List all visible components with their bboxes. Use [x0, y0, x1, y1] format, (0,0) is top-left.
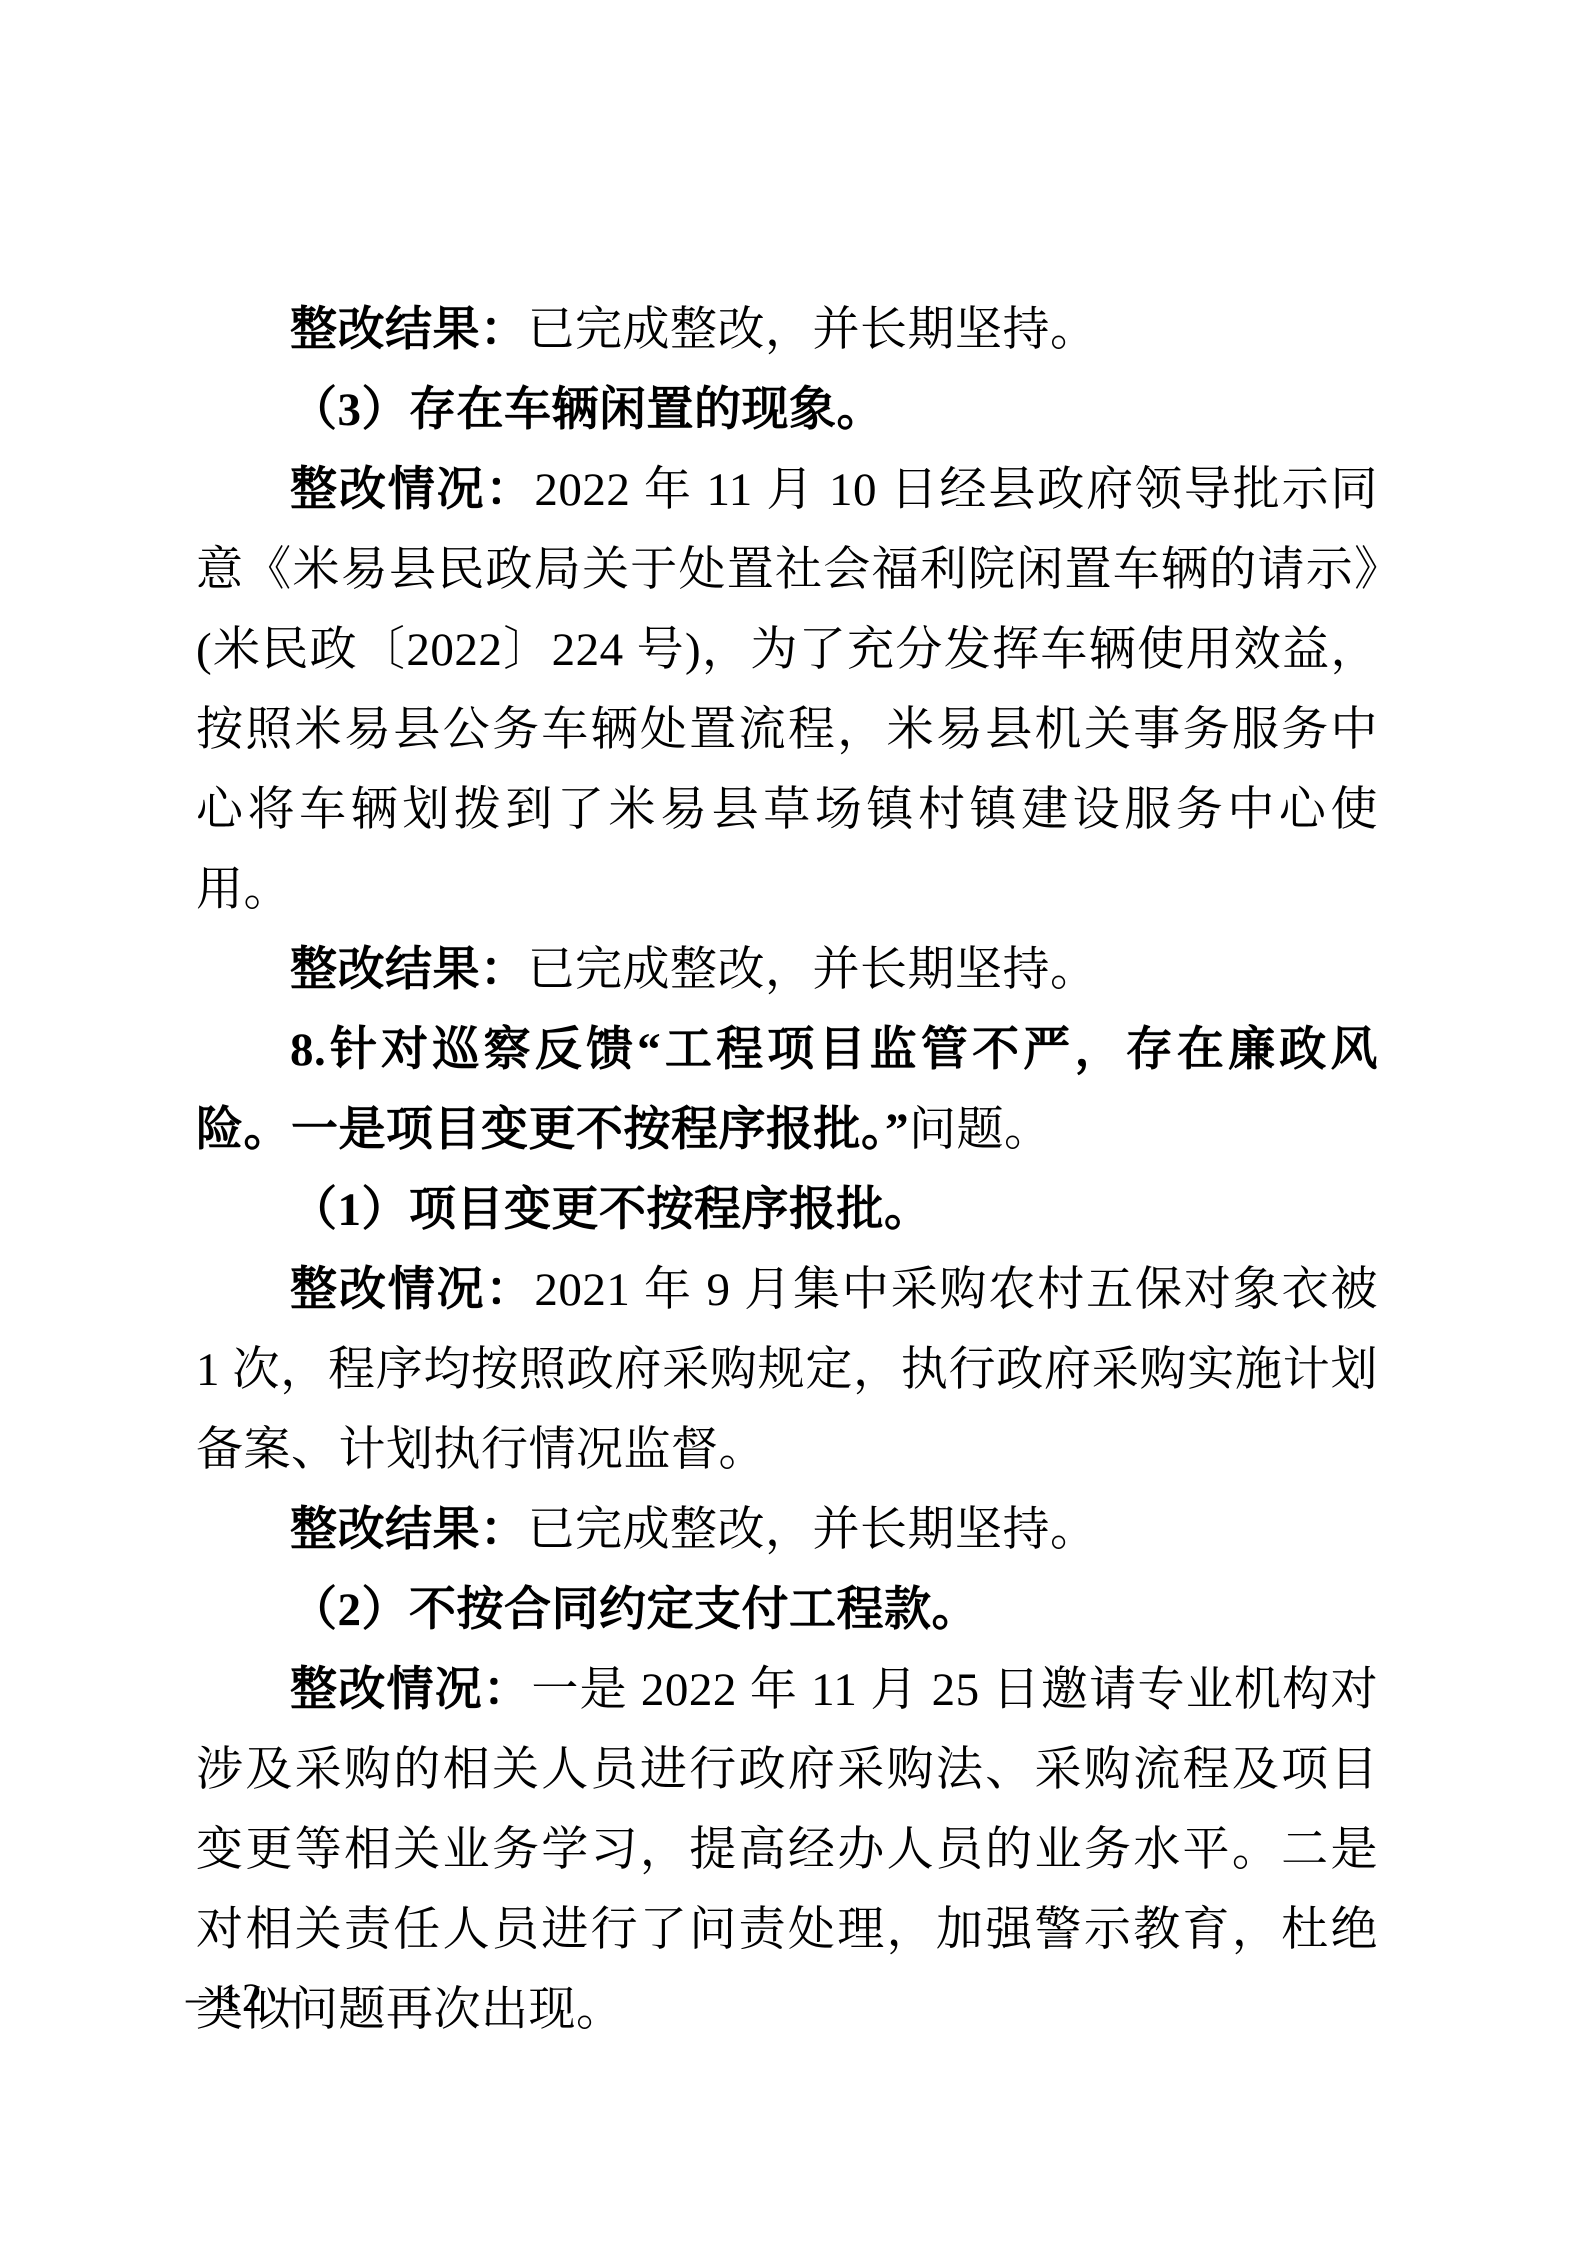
paragraph-text: 已完成整改，并长期坚持。 — [528, 304, 1098, 356]
document-page: 整改结果：已完成整改，并长期坚持。 （3）存在车辆闲置的现象。 整改情况：202… — [0, 0, 1587, 2245]
page-number: – 12 – — [186, 1972, 298, 2024]
paragraph-bold-prefix: 整改结果： — [290, 304, 528, 356]
paragraph-bold-prefix: 整改情况： — [290, 1664, 531, 1716]
paragraph-bold-prefix: 整改情况： — [290, 1264, 534, 1316]
paragraph-bold-prefix: 整改结果： — [290, 944, 528, 996]
paragraph-item-1-heading: （1）项目变更不按程序报批。 — [196, 1170, 1378, 1250]
paragraph-text: 2022 年 11 月 10 日经县政府领导批示同意《米易县民政局关于处置社会福… — [196, 464, 1378, 916]
paragraph-text: 已完成整改，并长期坚持。 — [528, 1504, 1098, 1556]
paragraph-text: 一是 2022 年 11 月 25 日邀请专业机构对涉及采购的相关人员进行政府采… — [196, 1664, 1378, 2036]
paragraph-rectify-result-1: 整改结果：已完成整改，并长期坚持。 — [196, 290, 1378, 370]
document-body: 整改结果：已完成整改，并长期坚持。 （3）存在车辆闲置的现象。 整改情况：202… — [196, 290, 1378, 2050]
paragraph-text: 已完成整改，并长期坚持。 — [528, 944, 1098, 996]
paragraph-bold-prefix: 8.针对巡察反馈“工程项目监管不严，存在廉政风险。一是项目变更不按程序报批。” — [196, 1024, 1378, 1156]
paragraph-text: 问题。 — [909, 1104, 1052, 1156]
paragraph-issue-8-heading: 8.针对巡察反馈“工程项目监管不严，存在廉政风险。一是项目变更不按程序报批。”问… — [196, 1010, 1378, 1170]
paragraph-bold-prefix: 整改结果： — [290, 1504, 528, 1556]
paragraph-rectify-situation-2: 整改情况：2021 年 9 月集中采购农村五保对象衣被 1 次，程序均按照政府采… — [196, 1250, 1378, 1490]
paragraph-bold-prefix: （3）存在车辆闲置的现象。 — [290, 384, 884, 436]
paragraph-rectify-result-2: 整改结果：已完成整改，并长期坚持。 — [196, 930, 1378, 1010]
paragraph-rectify-result-3: 整改结果：已完成整改，并长期坚持。 — [196, 1490, 1378, 1570]
paragraph-bold-prefix: （2）不按合同约定支付工程款。 — [290, 1584, 979, 1636]
paragraph-rectify-situation-3: 整改情况：一是 2022 年 11 月 25 日邀请专业机构对涉及采购的相关人员… — [196, 1650, 1378, 2050]
paragraph-item-2-heading: （2）不按合同约定支付工程款。 — [196, 1570, 1378, 1650]
paragraph-item-3-heading: （3）存在车辆闲置的现象。 — [196, 370, 1378, 450]
paragraph-rectify-situation-1: 整改情况：2022 年 11 月 10 日经县政府领导批示同意《米易县民政局关于… — [196, 450, 1378, 930]
paragraph-bold-prefix: （1）项目变更不按程序报批。 — [290, 1184, 932, 1236]
paragraph-bold-prefix: 整改情况： — [290, 464, 534, 516]
